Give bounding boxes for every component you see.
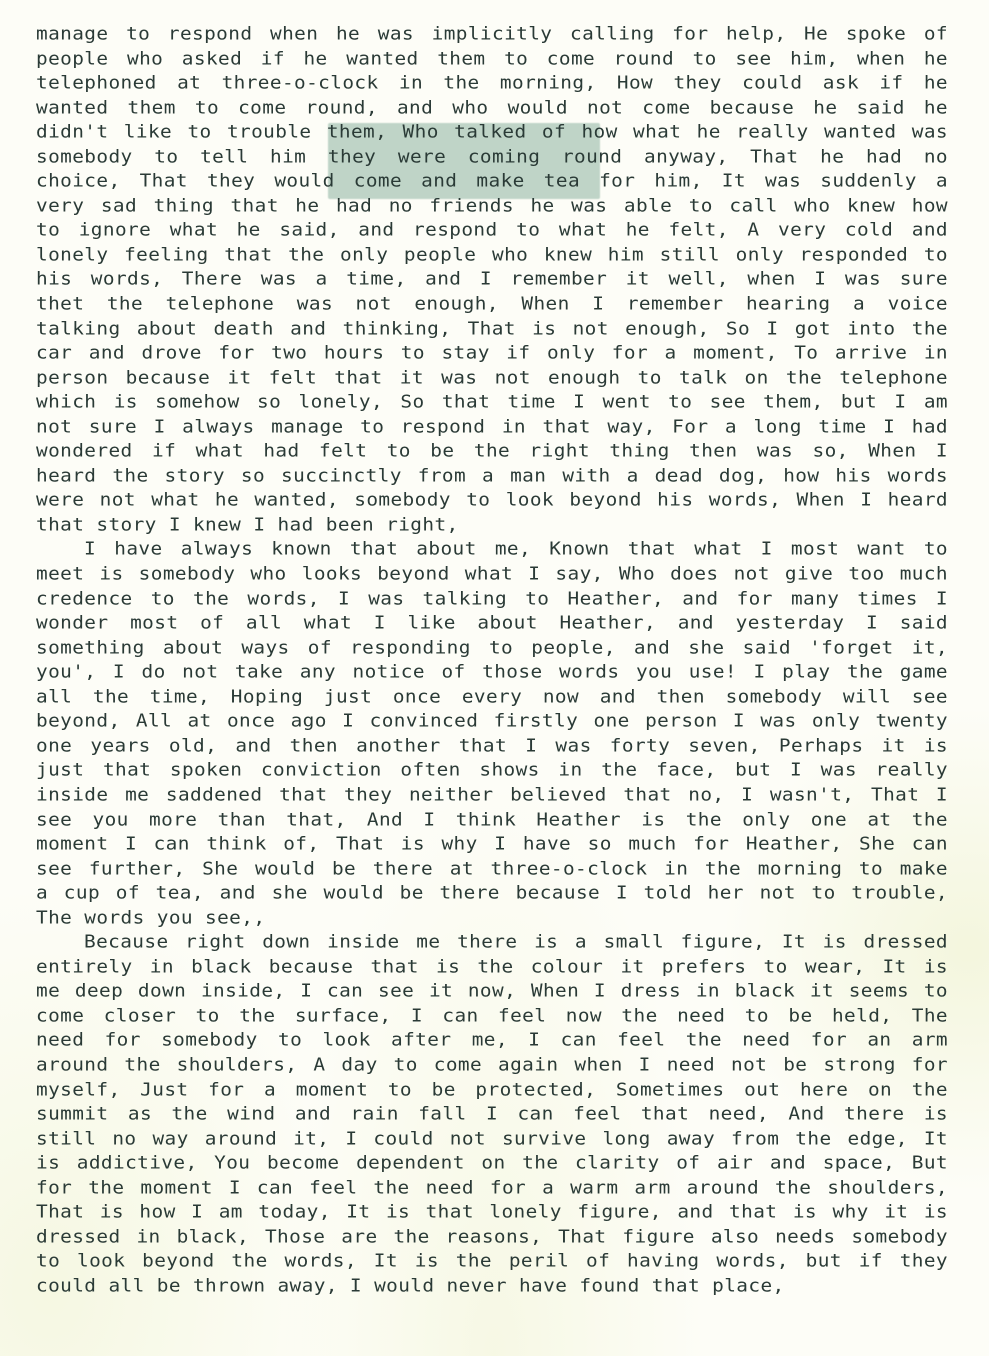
text-line: heard the story so succinctly from a man… <box>36 465 948 488</box>
text-line: thet the telephone was not enough, When … <box>36 293 948 316</box>
text-line: wanted them to come round, and who would… <box>36 97 948 120</box>
text-line: person because it felt that it was not e… <box>36 367 948 390</box>
text-line: his words, There was a time, and I remem… <box>36 268 948 291</box>
text-line: still no way around it, I could not surv… <box>36 1128 948 1151</box>
text-line: you', I do not take any notice of those … <box>36 661 948 684</box>
text-line: very sad thing that he had no friends he… <box>36 195 948 218</box>
text-line: around the shoulders, A day to come agai… <box>36 1054 948 1077</box>
text-line: didn't like to trouble them, Who talked … <box>36 121 948 144</box>
paragraph-3: Because right down inside me there is a … <box>36 930 948 1298</box>
text-line: lonely feeling that the only people who … <box>36 244 948 267</box>
text-line: I have always known that about me, Known… <box>36 538 948 561</box>
text-line: choice, That they would come and make te… <box>36 170 948 193</box>
text-line: that story I knew I had been right, <box>36 514 948 537</box>
text-line: moment I can think of, That is why I hav… <box>36 833 948 856</box>
text-line: credence to the words, I was talking to … <box>36 588 948 611</box>
text-line: myself, Just for a moment to be protecte… <box>36 1078 948 1101</box>
text-line: is addictive, You become dependent on th… <box>36 1152 948 1175</box>
text-line: car and drove for two hours to stay if o… <box>36 342 948 365</box>
text-line: to ignore what he said, and respond to w… <box>36 219 948 242</box>
text-line: were not what he wanted, somebody to loo… <box>36 489 948 512</box>
text-line: meet is somebody who looks beyond what I… <box>36 563 948 586</box>
text-line: which is somehow so lonely, So that time… <box>36 391 948 414</box>
text-line: not sure I always manage to respond in t… <box>36 416 948 439</box>
text-line: all the time, Hoping just once every now… <box>36 686 948 709</box>
text-line: That is how I am today, It is that lonel… <box>36 1201 948 1224</box>
text-line: see you more than that, And I think Heat… <box>36 808 948 831</box>
paragraph-2: I have always known that about me, Known… <box>36 537 948 930</box>
text-line: summit as the wind and rain fall I can f… <box>36 1103 948 1126</box>
text-line: could all be thrown away, I would never … <box>36 1275 948 1298</box>
text-line: for the moment I can feel the need for a… <box>36 1177 948 1200</box>
text-line: somebody to tell him they were coming ro… <box>36 146 948 169</box>
text-line: something about ways of responding to pe… <box>36 637 948 660</box>
text-line: The words you see,, <box>36 907 948 930</box>
text-line: entirely in black because that is the co… <box>36 956 948 979</box>
text-line: me deep down inside, I can see it now, W… <box>36 980 948 1003</box>
text-line: wondered if what had felt to be the righ… <box>36 440 948 463</box>
text-line: manage to respond when he was implicitly… <box>36 23 948 46</box>
text-line: inside me saddened that they neither bel… <box>36 784 948 807</box>
text-line: talking about death and thinking, That i… <box>36 318 948 341</box>
text-line: a cup of tea, and she would be there bec… <box>36 882 948 905</box>
text-line: people who asked if he wanted them to co… <box>36 48 948 71</box>
text-line: see further, She would be there at three… <box>36 858 948 881</box>
text-line: just that spoken conviction often shows … <box>36 759 948 782</box>
text-line: one years old, and then another that I w… <box>36 735 948 758</box>
text-line: beyond, All at once ago I convinced firs… <box>36 710 948 733</box>
text-line: need for somebody to look after me, I ca… <box>36 1029 948 1052</box>
text-line: come closer to the surface, I can feel n… <box>36 1005 948 1028</box>
text-line: wonder most of all what I like about Hea… <box>36 612 948 635</box>
text-line: Because right down inside me there is a … <box>36 931 948 954</box>
document-body: manage to respond when he was implicitly… <box>36 22 948 1298</box>
text-line: to look beyond the words, It is the peri… <box>36 1250 948 1273</box>
text-line: dressed in black, Those are the reasons,… <box>36 1226 948 1249</box>
text-line: telephoned at three-o-clock in the morni… <box>36 72 948 95</box>
paragraph-1: manage to respond when he was implicitly… <box>36 22 948 537</box>
